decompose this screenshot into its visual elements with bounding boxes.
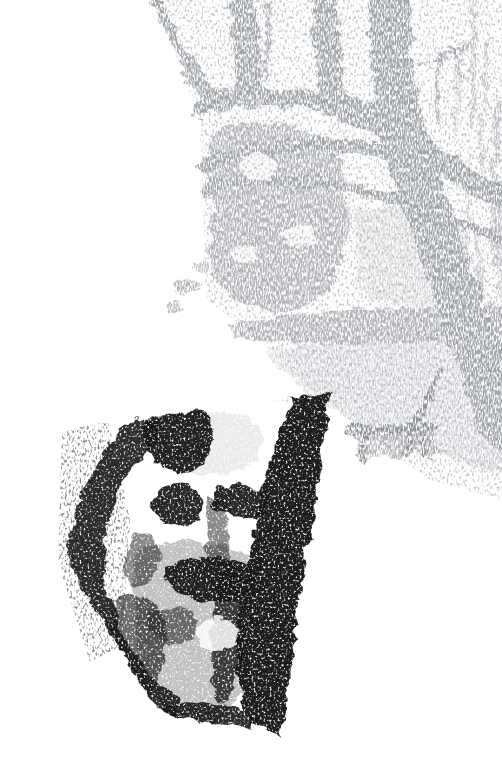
leaf-cluster	[162, 296, 182, 310]
screenshot-root	[0, 0, 502, 770]
leaf-cluster	[188, 257, 206, 269]
leaf-cluster	[171, 275, 197, 293]
photo-top-edge	[140, 394, 298, 409]
chin-highlight	[195, 615, 237, 649]
left-brow-eye	[151, 483, 200, 525]
forehead-sparse-texture	[164, 409, 260, 473]
cheek-highlight	[224, 518, 250, 536]
halftone-collage-image	[0, 0, 502, 770]
